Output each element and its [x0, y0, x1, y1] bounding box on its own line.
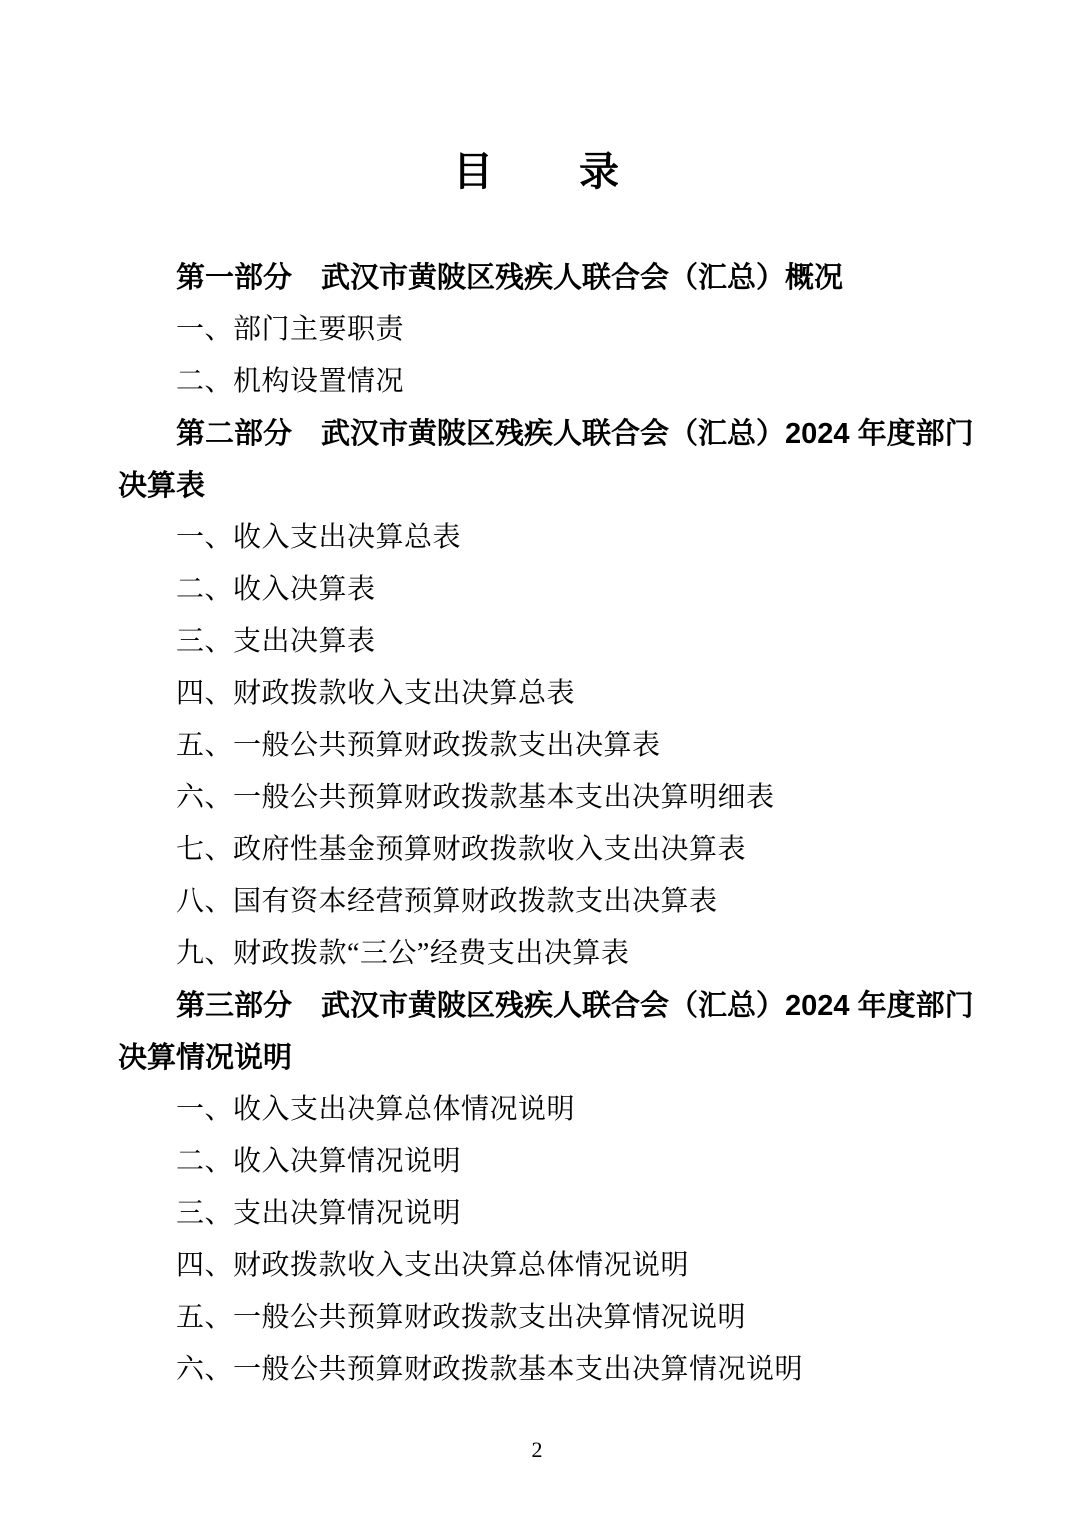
- toc-item: 二、收入决算表: [118, 564, 978, 616]
- toc-heading-part2-continuation: 决算表: [118, 460, 978, 512]
- toc-item: 六、一般公共预算财政拨款基本支出决算明细表: [118, 772, 978, 824]
- toc-item: 五、一般公共预算财政拨款支出决算表: [118, 720, 978, 772]
- toc-item: 七、政府性基金预算财政拨款收入支出决算表: [118, 824, 978, 876]
- toc-item: 四、财政拨款收入支出决算总表: [118, 668, 978, 720]
- toc-item: 一、部门主要职责: [118, 304, 978, 356]
- toc-item: 六、一般公共预算财政拨款基本支出决算情况说明: [118, 1344, 978, 1396]
- page-title: 目 录: [0, 140, 1074, 204]
- toc-heading-part2: 第二部分 武汉市黄陂区残疾人联合会（汇总）2024 年度部门: [118, 408, 978, 460]
- toc-item: 二、收入决算情况说明: [118, 1136, 978, 1188]
- toc-item: 五、一般公共预算财政拨款支出决算情况说明: [118, 1292, 978, 1344]
- toc-item: 一、收入支出决算总表: [118, 512, 978, 564]
- toc-item: 四、财政拨款收入支出决算总体情况说明: [118, 1240, 978, 1292]
- toc-item: 一、收入支出决算总体情况说明: [118, 1084, 978, 1136]
- toc-item: 三、支出决算表: [118, 616, 978, 668]
- page-number: 2: [0, 1428, 1074, 1472]
- toc-item: 三、支出决算情况说明: [118, 1188, 978, 1240]
- toc-item: 九、财政拨款“三公”经费支出决算表: [118, 928, 978, 980]
- toc-heading-part3-continuation: 决算情况说明: [118, 1032, 978, 1084]
- toc-item: 二、机构设置情况: [118, 356, 978, 408]
- table-of-contents: 第一部分 武汉市黄陂区残疾人联合会（汇总）概况 一、部门主要职责 二、机构设置情…: [118, 252, 978, 1396]
- toc-heading-part1: 第一部分 武汉市黄陂区残疾人联合会（汇总）概况: [118, 252, 978, 304]
- toc-heading-part3: 第三部分 武汉市黄陂区残疾人联合会（汇总）2024 年度部门: [118, 980, 978, 1032]
- toc-item: 八、国有资本经营预算财政拨款支出决算表: [118, 876, 978, 928]
- document-page: 目 录 第一部分 武汉市黄陂区残疾人联合会（汇总）概况 一、部门主要职责 二、机…: [0, 0, 1074, 1520]
